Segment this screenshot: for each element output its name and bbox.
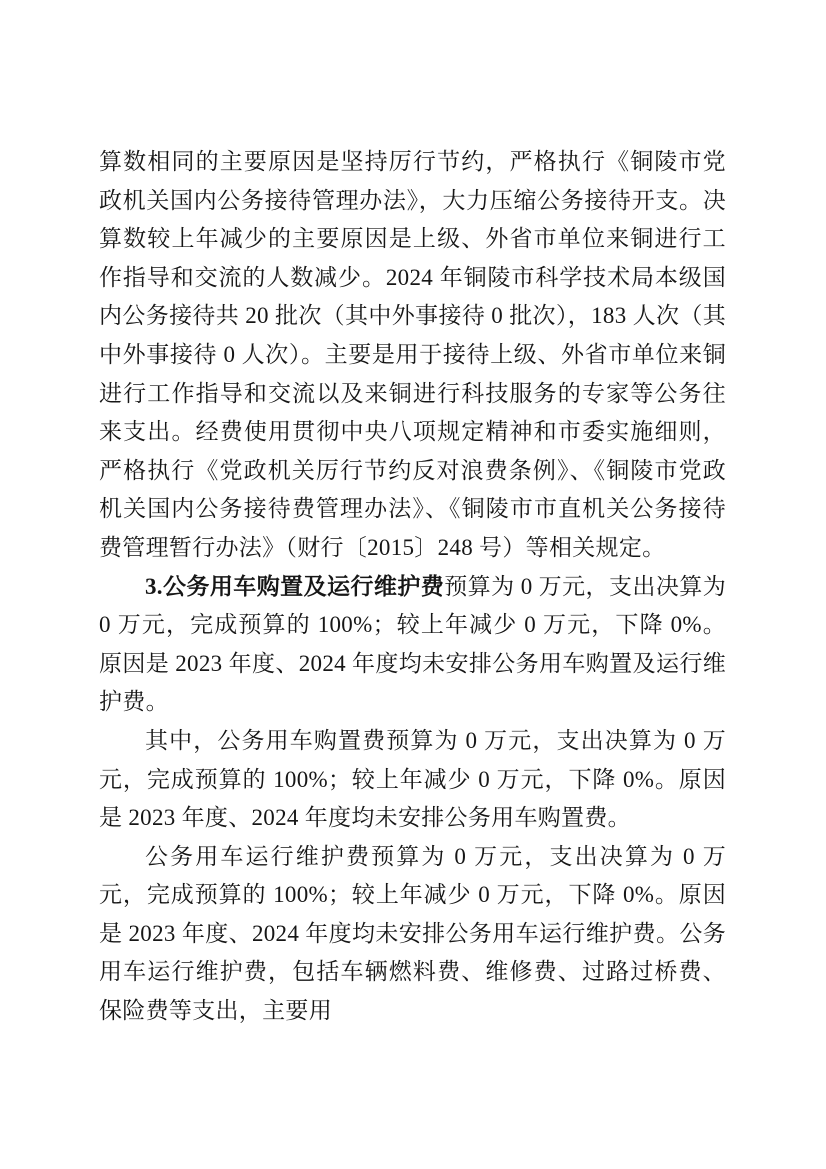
paragraph: 算数相同的主要原因是坚持厉行节约，严格执行《铜陵市党政机关国内公务接待管理办法》… <box>99 143 726 568</box>
body-text: 其中，公务用车购置费预算为 0 万元，支出决算为 0 万元，完成预算的 100%… <box>99 728 726 830</box>
document-body: 算数相同的主要原因是坚持厉行节约，严格执行《铜陵市党政机关国内公务接待管理办法》… <box>99 143 726 1031</box>
paragraph: 公务用车运行维护费预算为 0 万元，支出决算为 0 万元，完成预算的 100%；… <box>99 838 726 1031</box>
body-text: 公务用车运行维护费预算为 0 万元，支出决算为 0 万元，完成预算的 100%；… <box>99 844 726 1023</box>
paragraph: 其中，公务用车购置费预算为 0 万元，支出决算为 0 万元，完成预算的 100%… <box>99 722 726 838</box>
document-page: 算数相同的主要原因是坚持厉行节约，严格执行《铜陵市党政机关国内公务接待管理办法》… <box>0 0 826 1169</box>
section-heading-text: 3.公务用车购置及运行维护费 <box>145 574 444 599</box>
body-text: 算数相同的主要原因是坚持厉行节约，严格执行《铜陵市党政机关国内公务接待管理办法》… <box>99 149 726 560</box>
paragraph: 3.公务用车购置及运行维护费预算为 0 万元，支出决算为 0 万元，完成预算的 … <box>99 568 726 722</box>
